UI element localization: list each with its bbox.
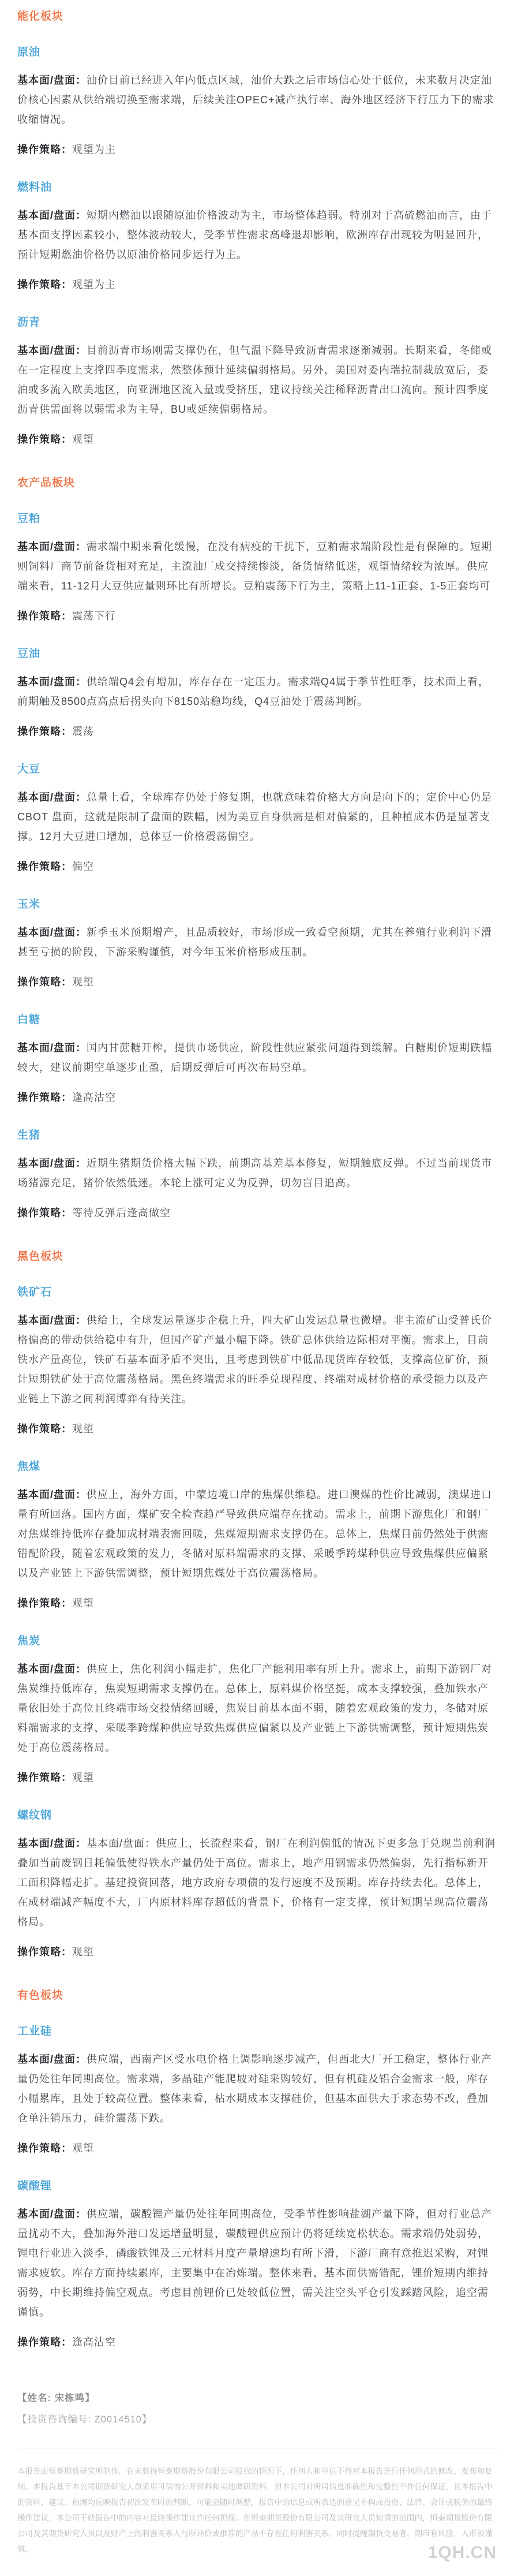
fundamental-label: 基本面/盘面： [17,676,87,688]
commodity-item: 豆粕 基本面/盘面：需求端中期来看化缓慢，在没有病疫的干扰下，豆粕需求端阶段性是… [17,512,497,626]
strategy-paragraph: 操作策略：观望 [17,1942,497,1962]
author-license-number: 【投资咨询编号: Z0014510】 [17,2409,497,2431]
strategy-text: 观望 [72,1597,94,1609]
commodity-section: 有色板块 工业硅 基本面/盘面：供应端，西南产区受水电价格上调影响逐步减产，但西… [17,1988,497,2352]
commodity-title: 工业硅 [17,2024,497,2039]
strategy-label: 操作策略： [17,279,72,290]
section-title: 黑色板块 [17,1249,497,1264]
strategy-paragraph: 操作策略：观望为主 [17,275,497,294]
strategy-label: 操作策略： [17,1597,72,1609]
commodity-title: 豆油 [17,647,497,662]
fundamental-label: 基本面/盘面： [17,1158,87,1169]
fundamental-label: 基本面/盘面： [17,927,87,938]
report-body: 能化板块 原油 基本面/盘面：油价目前已经进入年内低点区域，油价大跌之后市场信心… [0,0,514,2574]
commodity-title: 螺纹钢 [17,1808,497,1823]
commodity-item: 燃料油 基本面/盘面：短期内燃油以跟随原油价格波动为主，市场整体趋弱。特别对于高… [17,180,497,294]
commodity-title: 焦炭 [17,1634,497,1649]
strategy-text: 逢高沽空 [72,1092,116,1103]
commodity-title: 铁矿石 [17,1285,497,1300]
fundamental-label: 基本面/盘面： [17,1663,87,1675]
strategy-paragraph: 操作策略：逢高沽空 [17,1088,497,1107]
fundamental-text: 新季玉米预期增产，且品质较好，市场形成一致看空预期，尤其在养殖行业利润下滑甚至亏… [17,927,492,958]
strategy-paragraph: 操作策略：观望 [17,2138,497,2158]
fundamental-label: 基本面/盘面： [17,1315,87,1326]
commodity-title: 碳酸锂 [17,2179,497,2194]
strategy-label: 操作策略： [17,2142,72,2154]
strategy-paragraph: 操作策略：观望 [17,1419,497,1439]
commodity-item: 铁矿石 基本面/盘面：供给上，全球发运量逐步企稳上升，四大矿山发运总量也微增。非… [17,1285,497,1439]
fundamental-text: 供应上，海外方面，中蒙边境口岸的焦煤供维稳。进口澳煤的性价比减弱，澳煤进口量有所… [17,1489,492,1579]
commodity-title: 沥青 [17,315,497,330]
commodity-title: 燃料油 [17,180,497,195]
commodity-item: 碳酸锂 基本面/盘面：供应端，碳酸锂产量仍处往年同期高位，受季节性影响盐湖产量下… [17,2179,497,2352]
fundamental-paragraph: 基本面/盘面：供给端Q4会有增加，库存存在一定压力。需求端Q4属于季节性旺季，技… [17,672,497,711]
commodity-title: 白糖 [17,1013,497,1028]
commodity-item: 焦炭 基本面/盘面：供应上，焦化利润小幅走扩，焦化厂产能利用率有所上升。需求上，… [17,1634,497,1787]
commodity-item: 沥青 基本面/盘面：目前沥青市场刚需支撑仍在，但气温下降导致沥青需求逐渐减弱。长… [17,315,497,449]
fundamental-paragraph: 基本面/盘面：供应上，焦化利润小幅走扩，焦化厂产能利用率有所上升。需求上，前期下… [17,1659,497,1757]
commodity-title: 玉米 [17,897,497,912]
commodity-item: 原油 基本面/盘面：油价目前已经进入年内低点区域，油价大跌之后市场信心处于低位，… [17,45,497,159]
fundamental-paragraph: 基本面/盘面：供应端，西南产区受水电价格上调影响逐步减产，但西北大厂开工稳定，整… [17,2049,497,2128]
strategy-label: 操作策略： [17,976,72,988]
strategy-paragraph: 操作策略：观望 [17,972,497,992]
fundamental-label: 基本面/盘面： [17,1838,87,1849]
fundamental-text: 供给端Q4会有增加，库存存在一定压力。需求端Q4属于季节性旺季，技术面上看，前期… [17,676,489,707]
strategy-paragraph: 操作策略：等待反弹后逢高做空 [17,1203,497,1223]
commodity-item: 工业硅 基本面/盘面：供应端，西南产区受水电价格上调影响逐步减产，但西北大厂开工… [17,2024,497,2158]
commodity-section: 农产品板块 豆粕 基本面/盘面：需求端中期来看化缓慢，在没有病疫的干扰下，豆粕需… [17,476,497,1223]
commodity-title: 生猪 [17,1128,497,1143]
fundamental-paragraph: 基本面/盘面：目前沥青市场刚需支撑仍在，但气温下降导致沥青需求逐渐减弱。长期来看… [17,341,497,419]
fundamental-text: 基本面/盘面：供应上，长流程来看，钢厂在利润偏低的情况下更多急于兑现当前利润叠加… [17,1838,496,1928]
strategy-paragraph: 操作策略：观望 [17,1768,497,1787]
fundamental-paragraph: 基本面/盘面：基本面/盘面：供应上，长流程来看，钢厂在利润偏低的情况下更多急于兑… [17,1834,497,1932]
section-items: 原油 基本面/盘面：油价目前已经进入年内低点区域，油价大跌之后市场信心处于低位，… [17,45,497,449]
fundamental-label: 基本面/盘面： [17,2054,87,2065]
strategy-paragraph: 操作策略：偏空 [17,857,497,876]
fundamental-paragraph: 基本面/盘面：需求端中期来看化缓慢，在没有病疫的干扰下，豆粕需求端阶段性是有保障… [17,537,497,596]
sections-root: 能化板块 原油 基本面/盘面：油价目前已经进入年内低点区域，油价大跌之后市场信心… [17,9,497,2352]
commodity-section: 能化板块 原油 基本面/盘面：油价目前已经进入年内低点区域，油价大跌之后市场信心… [17,9,497,449]
strategy-label: 操作策略： [17,1946,72,1958]
strategy-label: 操作策略： [17,1092,72,1103]
strategy-text: 观望为主 [72,279,116,290]
commodity-title: 豆粕 [17,512,497,527]
fundamental-label: 基本面/盘面： [17,792,87,803]
fundamental-text: 油价目前已经进入年内低点区域，油价大跌之后市场信心处于低位，未来数月决定油价核心… [17,74,494,125]
section-items: 豆粕 基本面/盘面：需求端中期来看化缓慢，在没有病疫的干扰下，豆粕需求端阶段性是… [17,512,497,1223]
commodity-title: 大豆 [17,762,497,777]
fundamental-text: 目前沥青市场刚需支撑仍在，但气温下降导致沥青需求逐渐减弱。长期来看，冬储或在一定… [17,345,492,415]
strategy-label: 操作策略： [17,2336,72,2348]
fundamental-text: 总量上看，全球库存仍处于修复期，也就意味着价格大方向是向下的；定价中心仍是 CB… [17,792,492,842]
strategy-paragraph: 操作策略：观望 [17,1593,497,1613]
strategy-text: 观望 [72,976,94,988]
strategy-label: 操作策略： [17,610,72,622]
disclaimer-text: 本报告由恒泰期货研究所制作，在未获得恒泰期货股份有限公司授权的情况下，任何人和单… [17,2463,497,2557]
section-items: 工业硅 基本面/盘面：供应端，西南产区受水电价格上调影响逐步减产，但西北大厂开工… [17,2024,497,2352]
fundamental-paragraph: 基本面/盘面：新季玉米预期增产，且品质较好，市场形成一致看空预期，尤其在养殖行业… [17,923,497,962]
strategy-text: 震荡 [72,726,94,737]
fundamental-paragraph: 基本面/盘面：近期生猪期货价格大幅下跌，前期高基差基本修复，短期触底反弹。不过当… [17,1153,497,1193]
commodity-item: 玉米 基本面/盘面：新季玉米预期增产，且品质较好，市场形成一致看空预期，尤其在养… [17,897,497,992]
fundamental-text: 供给上，全球发运量逐步企稳上升，四大矿山发运总量也微增。非主流矿山受普氏价格偏高… [17,1315,492,1405]
strategy-text: 观望 [72,1772,94,1783]
strategy-paragraph: 操作策略：震荡 [17,722,497,741]
fundamental-text: 近期生猪期货价格大幅下跌，前期高基差基本修复，短期触底反弹。不过当前现货市场猪源… [17,1158,492,1189]
fundamental-paragraph: 基本面/盘面：供给上，全球发运量逐步企稳上升，四大矿山发运总量也微增。非主流矿山… [17,1311,497,1409]
commodity-item: 大豆 基本面/盘面：总量上看，全球库存仍处于修复期，也就意味着价格大方向是向下的… [17,762,497,876]
fundamental-paragraph: 基本面/盘面：供应上，海外方面，中蒙边境口岸的焦煤供维稳。进口澳煤的性价比减弱，… [17,1485,497,1583]
strategy-label: 操作策略： [17,861,72,872]
commodity-item: 焦煤 基本面/盘面：供应上，海外方面，中蒙边境口岸的焦煤供维稳。进口澳煤的性价比… [17,1459,497,1613]
strategy-text: 观望为主 [72,144,116,155]
disclaimer-section: 本报告由恒泰期货研究所制作，在未获得恒泰期货股份有限公司授权的情况下，任何人和单… [17,2448,497,2566]
strategy-text: 偏空 [72,861,94,872]
strategy-text: 观望 [72,2142,94,2154]
strategy-label: 操作策略： [17,1772,72,1783]
commodity-section: 黑色板块 铁矿石 基本面/盘面：供给上，全球发运量逐步企稳上升，四大矿山发运总量… [17,1249,497,1962]
fundamental-text: 需求端中期来看化缓慢，在没有病疫的干扰下，豆粕需求端阶段性是有保障的。短期则饲料… [17,541,492,592]
strategy-text: 等待反弹后逢高做空 [72,1207,171,1219]
commodity-title: 焦煤 [17,1459,497,1474]
strategy-text: 观望 [72,1946,94,1958]
strategy-text: 逢高沽空 [72,2336,116,2348]
strategy-paragraph: 操作策略：震荡下行 [17,606,497,626]
commodity-item: 白糖 基本面/盘面：国内甘蔗糖开榨，提供市场供应，阶段性供应紧张问题得到缓解。白… [17,1013,497,1107]
strategy-label: 操作策略： [17,1423,72,1435]
strategy-label: 操作策略： [17,434,72,445]
strategy-paragraph: 操作策略：逢高沽空 [17,2332,497,2352]
fundamental-text: 短期内燃油以跟随原油价格波动为主，市场整体趋弱。特别对于高硫燃油而言，由于基本面… [17,210,492,260]
fundamental-label: 基本面/盘面： [17,345,87,356]
fundamental-text: 供应端，西南产区受水电价格上调影响逐步减产，但西北大厂开工稳定，整体行业产量仍处… [17,2054,492,2124]
section-items: 铁矿石 基本面/盘面：供给上，全球发运量逐步企稳上升，四大矿山发运总量也微增。非… [17,1285,497,1962]
fundamental-label: 基本面/盘面： [17,1042,87,1054]
strategy-paragraph: 操作策略：观望 [17,430,497,449]
fundamental-paragraph: 基本面/盘面：总量上看，全球库存仍处于修复期，也就意味着价格大方向是向下的；定价… [17,787,497,846]
site-watermark: 1QH.CN [428,2543,497,2563]
commodity-title: 原油 [17,45,497,60]
author-block: 【姓名: 宋栋鸣】 【投资咨询编号: Z0014510】 [17,2388,497,2431]
section-title: 能化板块 [17,9,497,24]
strategy-label: 操作策略： [17,144,72,155]
fundamental-label: 基本面/盘面： [17,1489,87,1500]
fundamental-paragraph: 基本面/盘面：短期内燃油以跟随原油价格波动为主，市场整体趋弱。特别对于高硫燃油而… [17,206,497,264]
author-name: 【姓名: 宋栋鸣】 [17,2388,497,2409]
strategy-paragraph: 操作策略：观望为主 [17,140,497,159]
fundamental-paragraph: 基本面/盘面：供应端，碳酸锂产量仍处往年同期高位，受季节性影响盐湖产量下降，但对… [17,2204,497,2322]
fundamental-label: 基本面/盘面： [17,74,87,86]
commodity-item: 螺纹钢 基本面/盘面：基本面/盘面：供应上，长流程来看，钢厂在利润偏低的情况下更… [17,1808,497,1962]
section-title: 有色板块 [17,1988,497,2003]
fundamental-label: 基本面/盘面： [17,2208,87,2220]
strategy-label: 操作策略： [17,1207,72,1219]
commodity-item: 生猪 基本面/盘面：近期生猪期货价格大幅下跌，前期高基差基本修复，短期触底反弹。… [17,1128,497,1223]
strategy-text: 观望 [72,1423,94,1435]
commodity-item: 豆油 基本面/盘面：供给端Q4会有增加，库存存在一定压力。需求端Q4属于季节性旺… [17,647,497,741]
fundamental-paragraph: 基本面/盘面：国内甘蔗糖开榨，提供市场供应，阶段性供应紧张问题得到缓解。白糖期价… [17,1038,497,1077]
fundamental-text: 供应端，碳酸锂产量仍处往年同期高位，受季节性影响盐湖产量下降，但对行业总产量扰动… [17,2208,492,2318]
fundamental-label: 基本面/盘面： [17,210,87,221]
fundamental-text: 国内甘蔗糖开榨，提供市场供应，阶段性供应紧张问题得到缓解。白糖期价短期跌幅较大，… [17,1042,492,1073]
section-title: 农产品板块 [17,476,497,491]
strategy-label: 操作策略： [17,726,72,737]
fundamental-text: 供应上，焦化利润小幅走扩，焦化厂产能利用率有所上升。需求上，前期下游钢厂对焦炭维… [17,1663,492,1753]
fundamental-paragraph: 基本面/盘面：油价目前已经进入年内低点区域，油价大跌之后市场信心处于低位，未来数… [17,70,497,129]
strategy-text: 震荡下行 [72,610,116,622]
strategy-text: 观望 [72,434,94,445]
fundamental-label: 基本面/盘面： [17,541,87,552]
